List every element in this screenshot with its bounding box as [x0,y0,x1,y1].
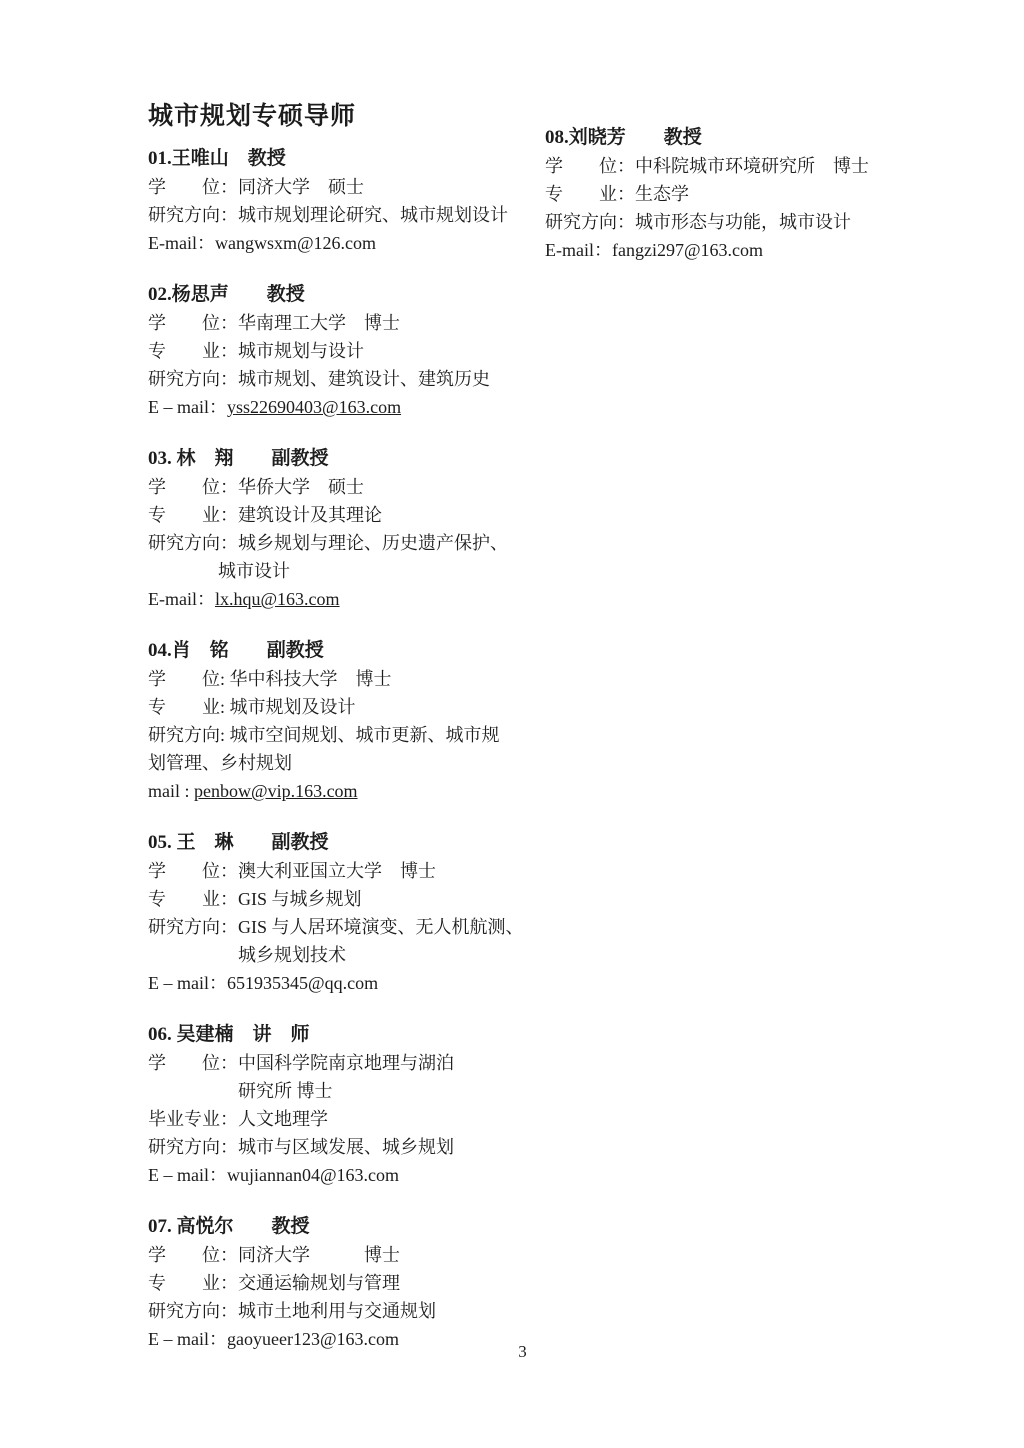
advisor-heading: 07. 高悦尔 教授 [148,1213,548,1241]
degree-line: 学 位：华侨大学 硕士 [148,473,548,501]
advisor-entry: 05. 王 琳 副教授 学 位：澳大利亚国立大学 博士 专 业：GIS 与城乡规… [148,829,548,997]
advisor-heading: 05. 王 琳 副教授 [148,829,548,857]
research-line: 研究方向：城乡规划与理论、历史遗产保护、 [148,529,548,557]
email-label: E-mail： [545,240,612,260]
advisor-entry: 06. 吴建楠 讲 师 学 位：中国科学院南京地理与湖泊 研究所 博士 毕业专业… [148,1021,548,1189]
advisor-heading: 01.王唯山 教授 [148,145,548,173]
email-address: fangzi297@163.com [612,240,763,260]
email-address: 651935345@qq.com [227,973,378,993]
research-line-cont: 城市设计 [148,557,548,585]
email-line: E – mail：wujiannan04@163.com [148,1161,548,1189]
page-number: 3 [0,1342,1024,1362]
research-line: 研究方向：城市形态与功能，城市设计 [545,208,965,236]
advisor-heading: 04.肖 铭 副教授 [148,637,548,665]
email-label: mail : [148,781,194,801]
degree-line: 学 位：同济大学 博士 [148,1241,548,1269]
major-line: 专 业: 城市规划及设计 [148,693,548,721]
research-line: 研究方向：城市与区域发展、城乡规划 [148,1133,548,1161]
research-line-cont: 城乡规划技术 [148,941,548,969]
email-label: E – mail： [148,1165,227,1185]
advisor-heading: 06. 吴建楠 讲 师 [148,1021,548,1049]
advisor-heading: 03. 林 翔 副教授 [148,445,548,473]
degree-line: 学 位：中科院城市环境研究所 博士 [545,152,965,180]
advisor-heading: 02.杨思声 教授 [148,281,548,309]
degree-line: 学 位：澳大利亚国立大学 博士 [148,857,548,885]
email-line: E-mail：wangwsxm@126.com [148,229,548,257]
advisor-entry: 04.肖 铭 副教授 学 位: 华中科技大学 博士 专 业: 城市规划及设计 研… [148,637,548,805]
degree-line-cont: 研究所 博士 [148,1077,548,1105]
email-line: E – mail：651935345@qq.com [148,969,548,997]
major-line: 专 业：城市规划与设计 [148,337,548,365]
advisor-entry: 02.杨思声 教授 学 位：华南理工大学 博士 专 业：城市规划与设计 研究方向… [148,281,548,421]
research-line: 研究方向：城市规划理论研究、城市规划设计 [148,201,548,229]
email-label: E-mail： [148,589,215,609]
email-address: wujiannan04@163.com [227,1165,399,1185]
email-address[interactable]: yss22690403@163.com [227,397,401,417]
major-line: 专 业：生态学 [545,180,965,208]
advisor-entry: 07. 高悦尔 教授 学 位：同济大学 博士 专 业：交通运输规划与管理 研究方… [148,1213,548,1353]
graduate-major-line: 毕业专业：人文地理学 [148,1105,548,1133]
research-line: 研究方向：城市土地利用与交通规划 [148,1297,548,1325]
page-title: 城市规划专硕导师 [148,96,356,132]
research-line-cont: 划管理、乡村规划 [148,749,548,777]
major-line: 专 业：建筑设计及其理论 [148,501,548,529]
major-line: 专 业：交通运输规划与管理 [148,1269,548,1297]
email-address: wangwsxm@126.com [215,233,376,253]
degree-line: 学 位：中国科学院南京地理与湖泊 [148,1049,548,1077]
research-line: 研究方向：城市规划、建筑设计、建筑历史 [148,365,548,393]
degree-line: 学 位: 华中科技大学 博士 [148,665,548,693]
email-label: E-mail： [148,233,215,253]
email-line: E-mail：fangzi297@163.com [545,236,965,264]
email-label: E – mail： [148,397,227,417]
advisor-entry: 08.刘晓芳 教授 学 位：中科院城市环境研究所 博士 专 业：生态学 研究方向… [545,124,965,264]
email-line: E – mail：yss22690403@163.com [148,393,548,421]
research-line: 研究方向：GIS 与人居环境演变、无人机航测、 [148,913,548,941]
left-column: 01.王唯山 教授 学 位：同济大学 硕士 研究方向：城市规划理论研究、城市规划… [148,145,548,1377]
email-line: E-mail：lx.hqu@163.com [148,585,548,613]
degree-line: 学 位：华南理工大学 博士 [148,309,548,337]
degree-line: 学 位：同济大学 硕士 [148,173,548,201]
advisor-entry: 01.王唯山 教授 学 位：同济大学 硕士 研究方向：城市规划理论研究、城市规划… [148,145,548,257]
right-column: 08.刘晓芳 教授 学 位：中科院城市环境研究所 博士 专 业：生态学 研究方向… [545,124,965,288]
research-line: 研究方向: 城市空间规划、城市更新、城市规 [148,721,548,749]
email-label: E – mail： [148,973,227,993]
email-address[interactable]: penbow@vip.163.com [194,781,358,801]
major-line: 专 业：GIS 与城乡规划 [148,885,548,913]
email-line: mail : penbow@vip.163.com [148,777,548,805]
advisor-entry: 03. 林 翔 副教授 学 位：华侨大学 硕士 专 业：建筑设计及其理论 研究方… [148,445,548,613]
advisor-heading: 08.刘晓芳 教授 [545,124,965,152]
email-address[interactable]: lx.hqu@163.com [215,589,340,609]
document-page: 城市规划专硕导师 01.王唯山 教授 学 位：同济大学 硕士 研究方向：城市规划… [0,0,1024,1448]
